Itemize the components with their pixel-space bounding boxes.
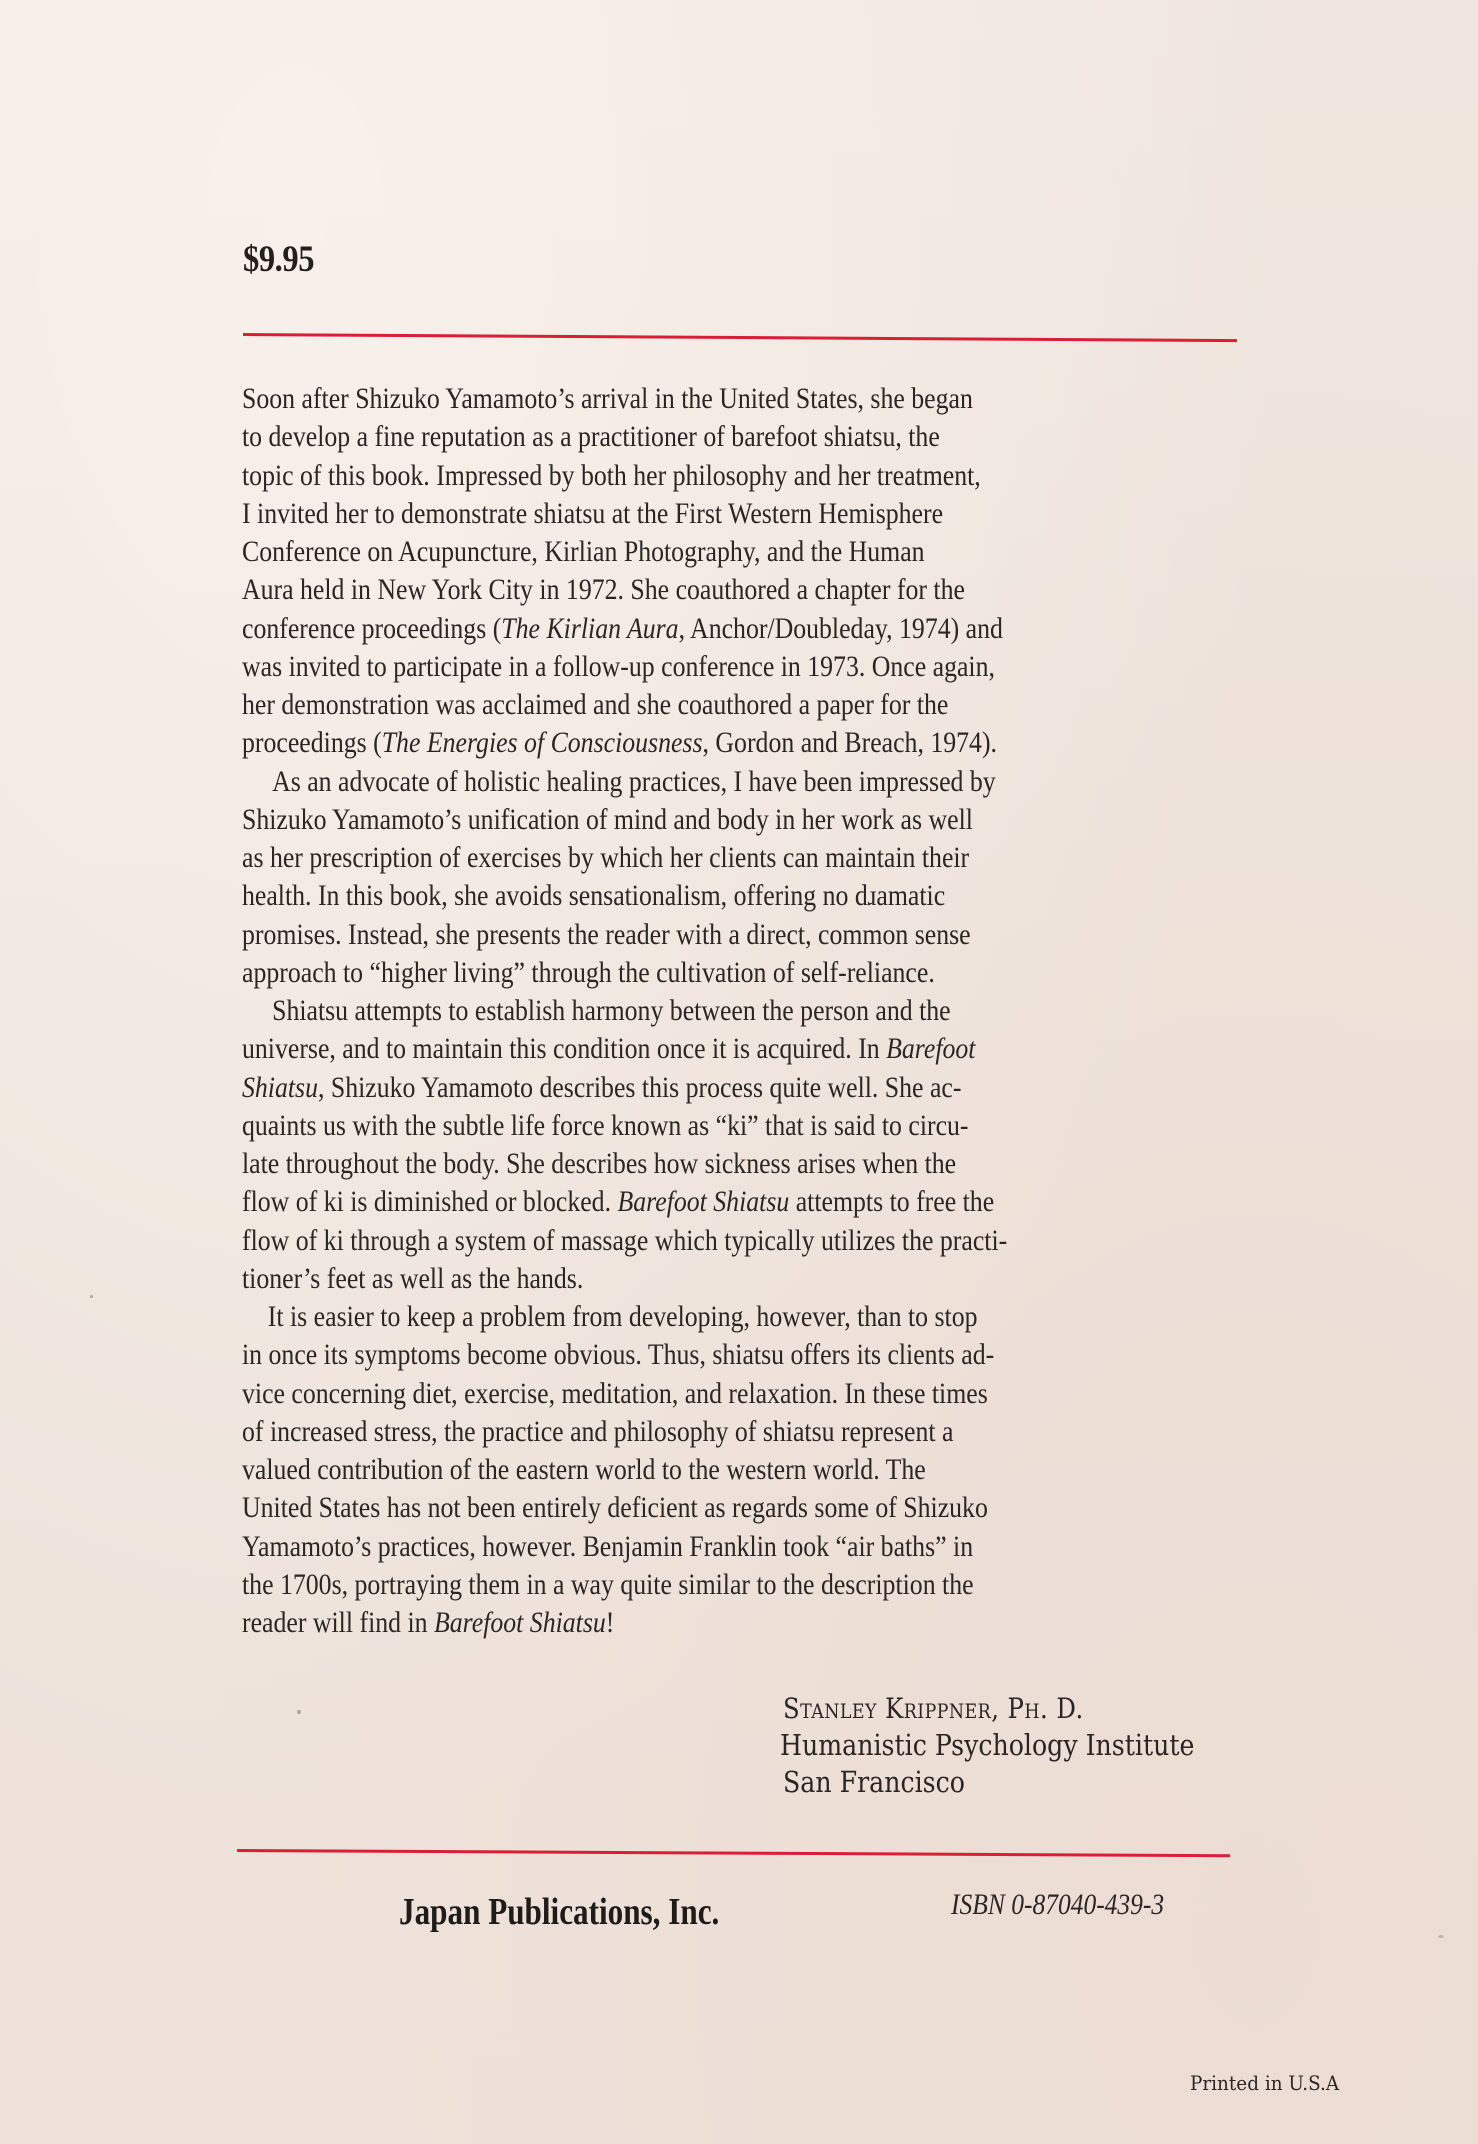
text-segment: Shizuko Yamamoto’s unification of mind a… [242,803,973,836]
text-line: quaints us with the subtle life force kn… [242,1107,1111,1145]
text-line: was invited to participate in a follow-u… [242,648,1111,686]
text-line: Soon after Shizuko Yamamoto’s arrival in… [242,380,1111,418]
text-segment: valued contribution of the eastern world… [242,1453,926,1486]
text-segment: Soon after Shizuko Yamamoto’s arrival in… [242,382,973,415]
text-line: in once its symptoms become obvious. Thu… [242,1336,1111,1374]
text-line: tioner’s feet as well as the hands. [242,1260,1111,1298]
text-segment: late throughout the body. She describes … [242,1147,956,1180]
book-title-italic: Barefoot [886,1032,975,1065]
book-title-italic: Barefoot Shiatsu [617,1185,789,1218]
book-title-italic: The Kirlian Aura [501,612,678,645]
text-segment: Shiatsu attempts to establish harmony be… [272,994,951,1027]
text-segment: attempts to free the [789,1185,994,1218]
price-label: $9.95 [243,238,314,281]
text-line: to develop a fine reputation as a practi… [242,418,1111,456]
text-line: Shizuko Yamamoto’s unification of mind a… [242,801,1111,839]
text-segment: tioner’s feet as well as the hands. [242,1262,583,1295]
text-line: vice concerning diet, exercise, meditati… [242,1375,1111,1413]
text-line: promises. Instead, she presents the read… [242,916,1111,954]
text-segment: I invited her to demonstrate shiatsu at … [242,497,943,530]
book-title-italic: Barefoot Shiatsu [434,1606,606,1639]
text-segment: flow of ki through a system of massage w… [242,1224,1007,1257]
text-line: proceedings (The Energies of Consciousne… [242,724,1111,762]
text-segment: was invited to participate in a follow-u… [242,650,995,683]
author-name: Stanley Krippner, Ph. D. [783,1690,1195,1727]
text-segment: the 1700s, portraying them in a way quit… [242,1568,974,1601]
author-institution: Humanistic Psychology Institute [780,1727,1194,1764]
book-back-cover: { "cover": { "price": "$9.95", "accent_c… [0,0,1478,2144]
text-segment: as her prescription of exercises by whic… [242,841,969,874]
bottom-red-divider [237,1849,1230,1857]
paper-speck [1438,1935,1444,1938]
text-line: of increased stress, the practice and ph… [242,1413,1111,1451]
text-line: health. In this book, she avoids sensati… [242,877,1111,915]
text-segment: Conference on Acupuncture, Kirlian Photo… [242,535,925,568]
isbn-number: ISBN 0-87040-439-3 [951,1888,1164,1922]
text-segment: promises. Instead, she presents the read… [242,918,971,951]
text-line: universe, and to maintain this condition… [242,1030,1111,1068]
text-segment: As an advocate of holistic healing pract… [272,765,996,798]
text-segment: topic of this book. Impressed by both he… [242,459,981,492]
text-segment: quaints us with the subtle life force kn… [242,1109,969,1142]
foreword-paragraph: Shiatsu attempts to establish harmony be… [242,992,1252,1298]
paper-speck [297,1710,301,1714]
text-segment: flow of ki is diminished or blocked. [242,1185,617,1218]
text-line: as her prescription of exercises by whic… [242,839,1111,877]
text-line: conference proceedings (The Kirlian Aura… [242,610,1111,648]
text-segment: approach to “higher living” through the … [242,956,935,989]
text-line: her demonstration was acclaimed and she … [242,686,1111,724]
foreword-paragraph: Soon after Shizuko Yamamoto’s arrival in… [242,380,1252,763]
text-line: As an advocate of holistic healing pract… [242,763,1111,801]
text-segment: ! [606,1606,615,1639]
foreword-text: Soon after Shizuko Yamamoto’s arrival in… [242,380,1252,1642]
text-line: reader will find in Barefoot Shiatsu! [242,1604,1111,1642]
text-segment: United States has not been entirely defi… [242,1491,988,1524]
text-line: valued contribution of the eastern world… [242,1451,1111,1489]
text-segment: universe, and to maintain this condition… [242,1032,886,1065]
text-line: I invited her to demonstrate shiatsu at … [242,495,1111,533]
text-line: Shiatsu, Shizuko Yamamoto describes this… [242,1069,1111,1107]
text-line: Yamamoto’s practices, however. Benjamin … [242,1528,1111,1566]
text-line: United States has not been entirely defi… [242,1489,1111,1527]
text-segment: her demonstration was acclaimed and she … [242,688,948,721]
text-line: approach to “higher living” through the … [242,954,1111,992]
text-segment: , Anchor/Doubleday, 1974) and [679,612,1003,645]
author-signature: Stanley Krippner, Ph. D. Humanistic Psyc… [783,1690,1256,1801]
text-segment: to develop a fine reputation as a practi… [242,420,940,453]
author-city: San Francisco [783,1764,1195,1801]
text-line: Aura held in New York City in 1972. She … [242,571,1111,609]
text-segment: Yamamoto’s practices, however. Benjamin … [242,1530,973,1563]
text-segment: of increased stress, the practice and ph… [242,1415,953,1448]
text-segment: vice concerning diet, exercise, meditati… [242,1377,988,1410]
text-line: Shiatsu attempts to establish harmony be… [242,992,1111,1030]
text-segment: reader will find in [242,1606,434,1639]
top-red-divider [243,333,1237,342]
text-segment: It is easier to keep a problem from deve… [268,1300,978,1333]
text-segment: proceedings ( [242,726,382,759]
text-line: flow of ki is diminished or blocked. Bar… [242,1183,1111,1221]
text-line: It is easier to keep a problem from deve… [242,1298,1111,1336]
foreword-paragraph: As an advocate of holistic healing pract… [242,763,1252,993]
text-segment: health. In this book, she avoids sensati… [242,879,945,912]
text-segment: in once its symptoms become obvious. Thu… [242,1338,994,1371]
text-segment: Aura held in New York City in 1972. She … [242,573,965,606]
text-segment: , Shizuko Yamamoto describes this proces… [318,1071,961,1104]
text-line: the 1700s, portraying them in a way quit… [242,1566,1111,1604]
text-line: flow of ki through a system of massage w… [242,1222,1111,1260]
text-line: Conference on Acupuncture, Kirlian Photo… [242,533,1111,571]
paper-speck [90,1295,93,1298]
printed-in-label: Printed in U.S.A [1190,2071,1339,2095]
text-segment: , Gordon and Breach, 1974). [703,726,997,759]
foreword-paragraph: It is easier to keep a problem from deve… [242,1298,1252,1642]
text-line: late throughout the body. She describes … [242,1145,1111,1183]
book-title-italic: The Energies of Consciousness [382,726,703,759]
publisher-name: Japan Publications, Inc. [399,1890,719,1934]
book-title-italic: Shiatsu [242,1071,318,1104]
text-segment: conference proceedings ( [242,612,501,645]
text-line: topic of this book. Impressed by both he… [242,457,1111,495]
